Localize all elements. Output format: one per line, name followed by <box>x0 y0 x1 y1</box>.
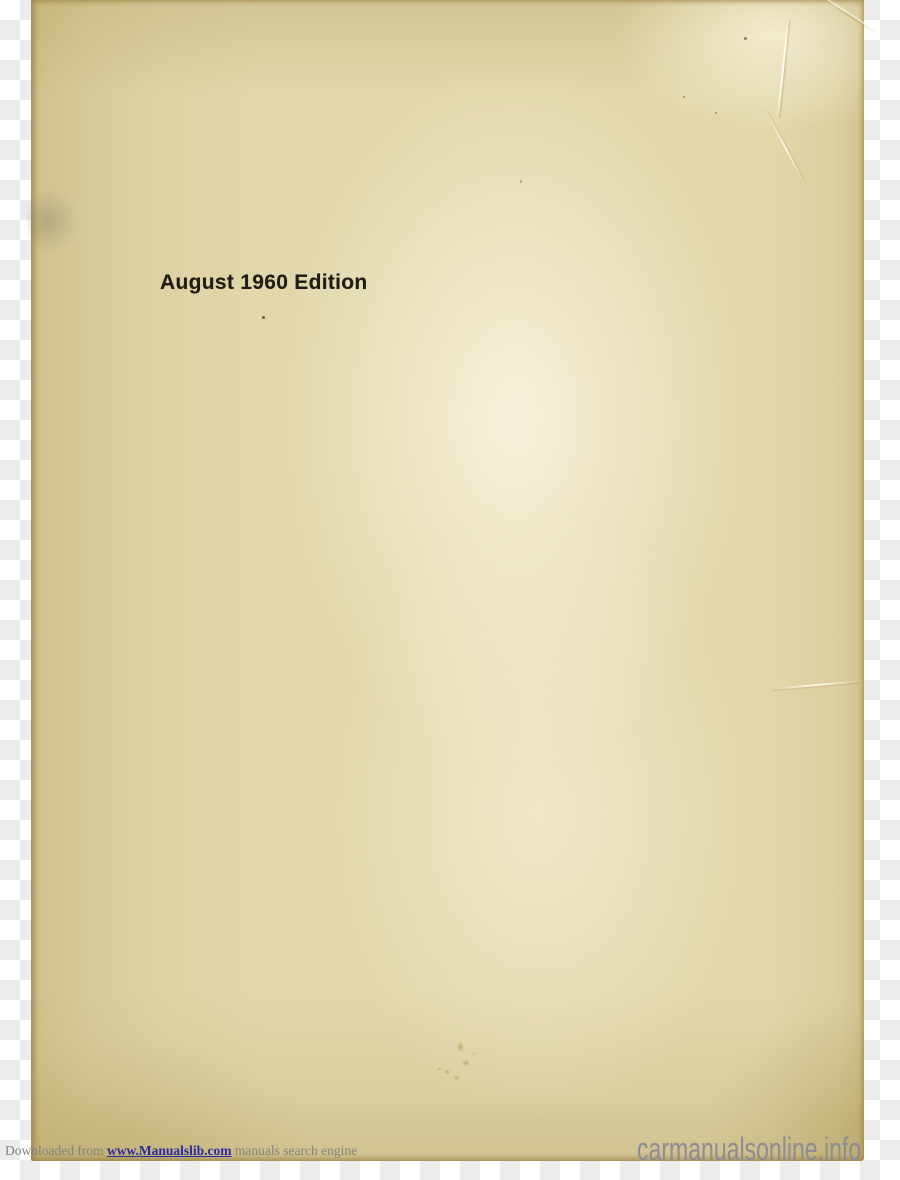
speck-mark <box>520 180 522 183</box>
crease-mark <box>766 112 804 182</box>
stain-mark <box>27 190 79 252</box>
image-canvas: August 1960 Edition Downloaded from www.… <box>0 0 900 1180</box>
scanned-page: August 1960 Edition <box>31 0 864 1161</box>
speck-mark <box>262 316 265 319</box>
speck-mark <box>744 37 747 40</box>
crease-mark <box>773 680 861 690</box>
manualslib-watermark: Downloaded from www.Manualslib.com manua… <box>5 1143 357 1159</box>
speck-mark <box>683 96 685 98</box>
site-watermark: carmanualsonline.info <box>637 1131 861 1168</box>
fold-mark <box>824 0 879 35</box>
manualslib-watermark-prefix: Downloaded from <box>5 1143 107 1158</box>
manualslib-link[interactable]: www.Manualslib.com <box>107 1143 232 1158</box>
speck-mark <box>715 112 717 114</box>
edition-heading: August 1960 Edition <box>160 271 368 295</box>
crease-mark <box>777 20 789 118</box>
stain-mark <box>399 1026 495 1100</box>
manualslib-watermark-suffix: manuals search engine <box>232 1143 358 1158</box>
